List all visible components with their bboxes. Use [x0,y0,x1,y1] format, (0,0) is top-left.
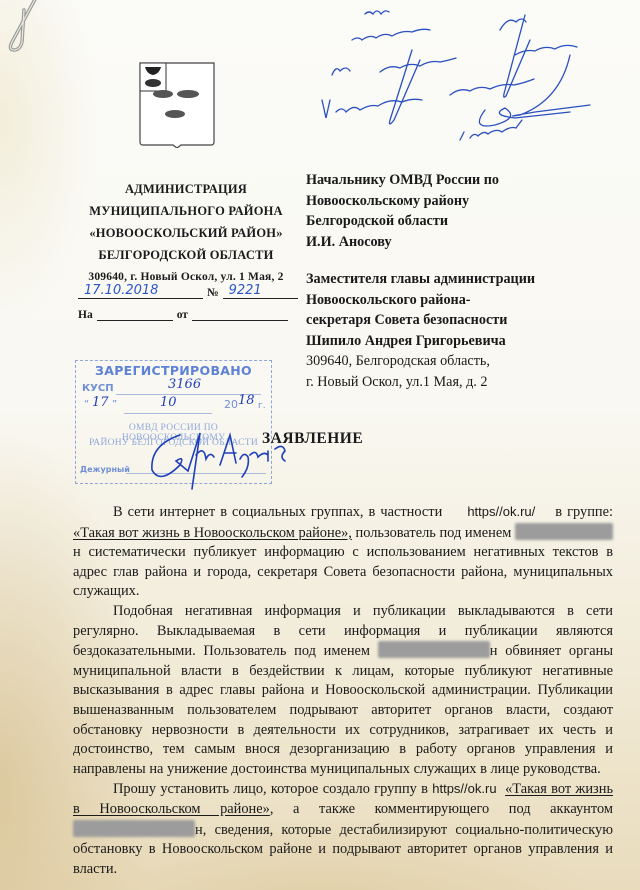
duty-officer-label: Дежурный [80,465,130,474]
reply-to-label: На [78,309,93,321]
stamp-month: 10 [160,395,177,410]
paragraph-2: Подобная негативная информация и публика… [73,602,613,779]
document-title: ЗАЯВЛЕНИЕ [262,430,363,448]
applicant-line: Шипило Андрея Григорьевича [306,331,606,352]
handwritten-resolution [320,0,640,150]
applicant-line: секретаря Совета безопасности [306,310,606,331]
coat-of-arms-icon [139,62,215,148]
kusp-number: 3166 [168,377,201,392]
paragraph-3: Прошу установить лицо, которое создало г… [73,779,613,879]
group-name: «Такая вот жизнь в Новооскольском районе… [73,525,352,541]
stamp-day: 17 [92,395,109,410]
sender-line: АДМИНИСТРАЦИЯ [66,178,306,200]
recipient-line: И.И. Аносову [306,232,606,253]
number-label: № [207,287,219,299]
statement-body: В сети интернет в социальных группах, в … [73,502,613,879]
stamp-year-suffix: 18 [238,393,255,408]
recipient-block: Начальнику ОМВД России по Новооскольском… [306,170,606,392]
reply-to-field [97,306,173,321]
from-label: от [177,309,188,321]
stamp-year-unit: г. [258,401,266,411]
stamp-year-prefix: 20 [224,398,238,411]
recipient-line: Начальнику ОМВД России по [306,170,606,191]
stamp-title: ЗАРЕГИСТРИРОВАНО [76,363,271,378]
redacted-username [73,820,195,837]
sender-line: МУНИЦИПАЛЬНОГО РАЙОНА [66,200,306,222]
recipient-line: Новооскольскому району [306,191,606,212]
applicant-address: 309640, Белгородская область, [306,351,606,372]
redacted-username [378,641,490,658]
ok-ru-url: https//ok.ru [432,781,496,796]
sender-line: БЕЛГОРОДСКОЙ ОБЛАСТИ [66,244,306,266]
outgoing-number: 9221 [223,284,298,299]
applicant-line: Новооскольского района- [306,290,606,311]
recipient-line: Белгородской области [306,211,606,232]
paragraph-1: В сети интернет в социальных группах, в … [73,502,613,602]
ok-ru-url: https//ok.ru/ [467,504,535,519]
outgoing-date: 17.10.2018 [78,284,203,299]
kusp-label: КУСП [82,383,114,394]
sender-letterhead: АДМИНИСТРАЦИЯ МУНИЦИПАЛЬНОГО РАЙОНА «НОВ… [66,178,306,288]
outgoing-number-line: 17.10.2018 № 9221 [78,284,298,299]
redacted-username [515,523,613,540]
paperclip-icon [2,0,42,60]
from-field [192,306,288,321]
applicant-line: Заместителя главы администрации [306,269,606,290]
reply-to-line: На от [78,306,298,321]
applicant-address: г. Новый Оскол, ул.1 Мая, д. 2 [306,372,606,393]
sender-line: «НОВООСКОЛЬСКИЙ РАЙОН» [66,222,306,244]
